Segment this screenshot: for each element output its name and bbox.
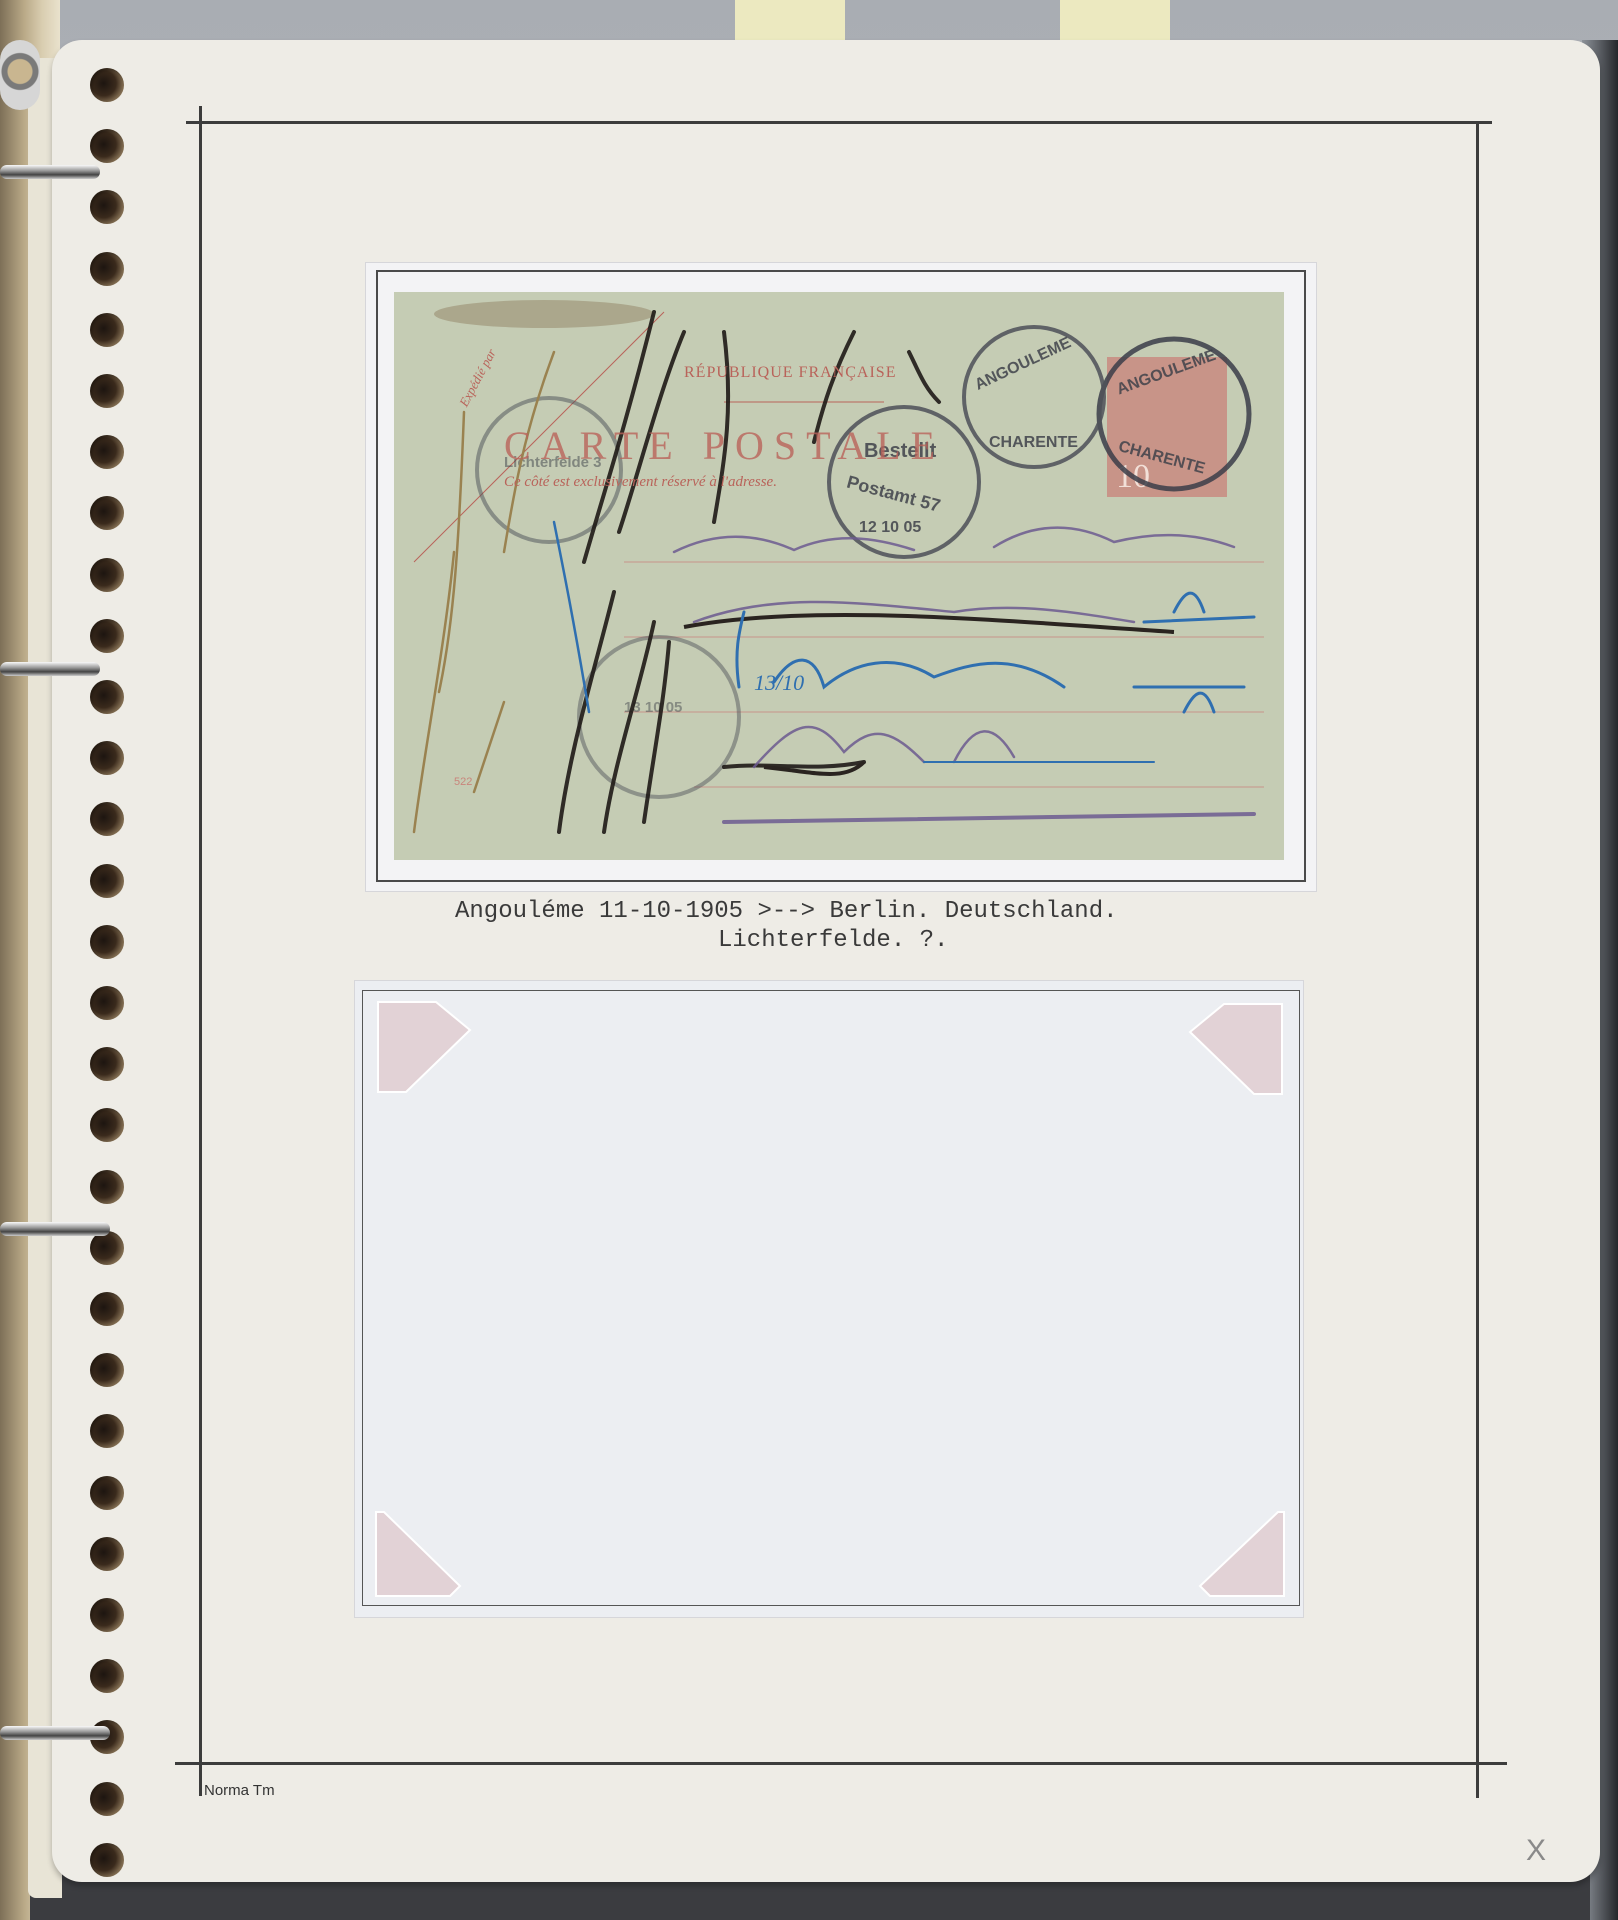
punch-hole bbox=[90, 558, 124, 592]
caption-origin: Angouléme 11-10-1905 bbox=[455, 898, 743, 925]
punch-hole bbox=[90, 313, 124, 347]
punch-hole bbox=[90, 374, 124, 408]
punch-hole bbox=[90, 129, 124, 163]
binder-ring bbox=[0, 662, 100, 676]
punch-hole bbox=[90, 1598, 124, 1632]
punch-hole bbox=[90, 1537, 124, 1571]
punch-hole bbox=[90, 619, 124, 653]
punch-hole bbox=[90, 864, 124, 898]
page-border-bottom bbox=[175, 1762, 1507, 1765]
punch-hole bbox=[90, 1170, 124, 1204]
svg-text:12 10 05: 12 10 05 bbox=[859, 519, 921, 536]
punch-hole bbox=[90, 1292, 124, 1326]
punch-hole bbox=[90, 1353, 124, 1387]
punch-hole bbox=[90, 1476, 124, 1510]
binder-ring bbox=[0, 165, 100, 179]
punch-hole bbox=[90, 741, 124, 775]
photo-corner-bottom-left bbox=[374, 1510, 464, 1600]
svg-text:CHARENTE: CHARENTE bbox=[989, 434, 1078, 451]
punch-hole bbox=[90, 252, 124, 286]
punch-hole bbox=[90, 925, 124, 959]
page-border-left bbox=[199, 106, 202, 1796]
punch-hole bbox=[90, 1659, 124, 1693]
caption-line-1: Angouléme 11-10-1905 >--> Berlin. Deutsc… bbox=[455, 898, 1118, 925]
punch-hole bbox=[90, 68, 124, 102]
photo-corner-top-left bbox=[376, 1000, 472, 1096]
postcard-header: RÉPUBLIQUE FRANÇAISE bbox=[684, 364, 896, 382]
caption-destination: Berlin. Deutschland. bbox=[829, 898, 1117, 925]
page-border-right bbox=[1476, 122, 1479, 1798]
punch-hole bbox=[90, 680, 124, 714]
empty-slot-frame bbox=[362, 990, 1300, 1606]
svg-text:Postamt 57: Postamt 57 bbox=[845, 472, 943, 516]
redirect-note: 13/10 bbox=[754, 670, 804, 696]
binder-ring bbox=[0, 1222, 110, 1236]
postcard[interactable]: 10 ANGOULEME CHARENTE ANGOULEME CHARENTE… bbox=[394, 292, 1284, 860]
postcard-title: CARTE POSTALE bbox=[504, 422, 945, 469]
binder-rivet bbox=[0, 40, 40, 110]
form-number: 522 bbox=[454, 776, 472, 788]
route-arrow-icon: >--> bbox=[757, 898, 815, 925]
album-brand-label: Norma Tm bbox=[204, 1782, 275, 1799]
photo-corner-top-right bbox=[1188, 1002, 1284, 1098]
punch-hole bbox=[90, 435, 124, 469]
page-border-top bbox=[186, 121, 1492, 124]
photo-corner-bottom-right bbox=[1198, 1510, 1288, 1600]
punch-hole bbox=[90, 1782, 124, 1816]
punch-hole bbox=[90, 1047, 124, 1081]
postcard-subtitle: Ce côté est exclusivement réservé à l'ad… bbox=[504, 474, 777, 491]
punch-hole bbox=[90, 986, 124, 1020]
pencil-x-mark: X bbox=[1526, 1834, 1546, 1868]
punch-hole bbox=[90, 1843, 124, 1877]
binder-ring bbox=[0, 1726, 110, 1740]
caption-line-2: Lichterfelde. ?. bbox=[718, 927, 948, 954]
